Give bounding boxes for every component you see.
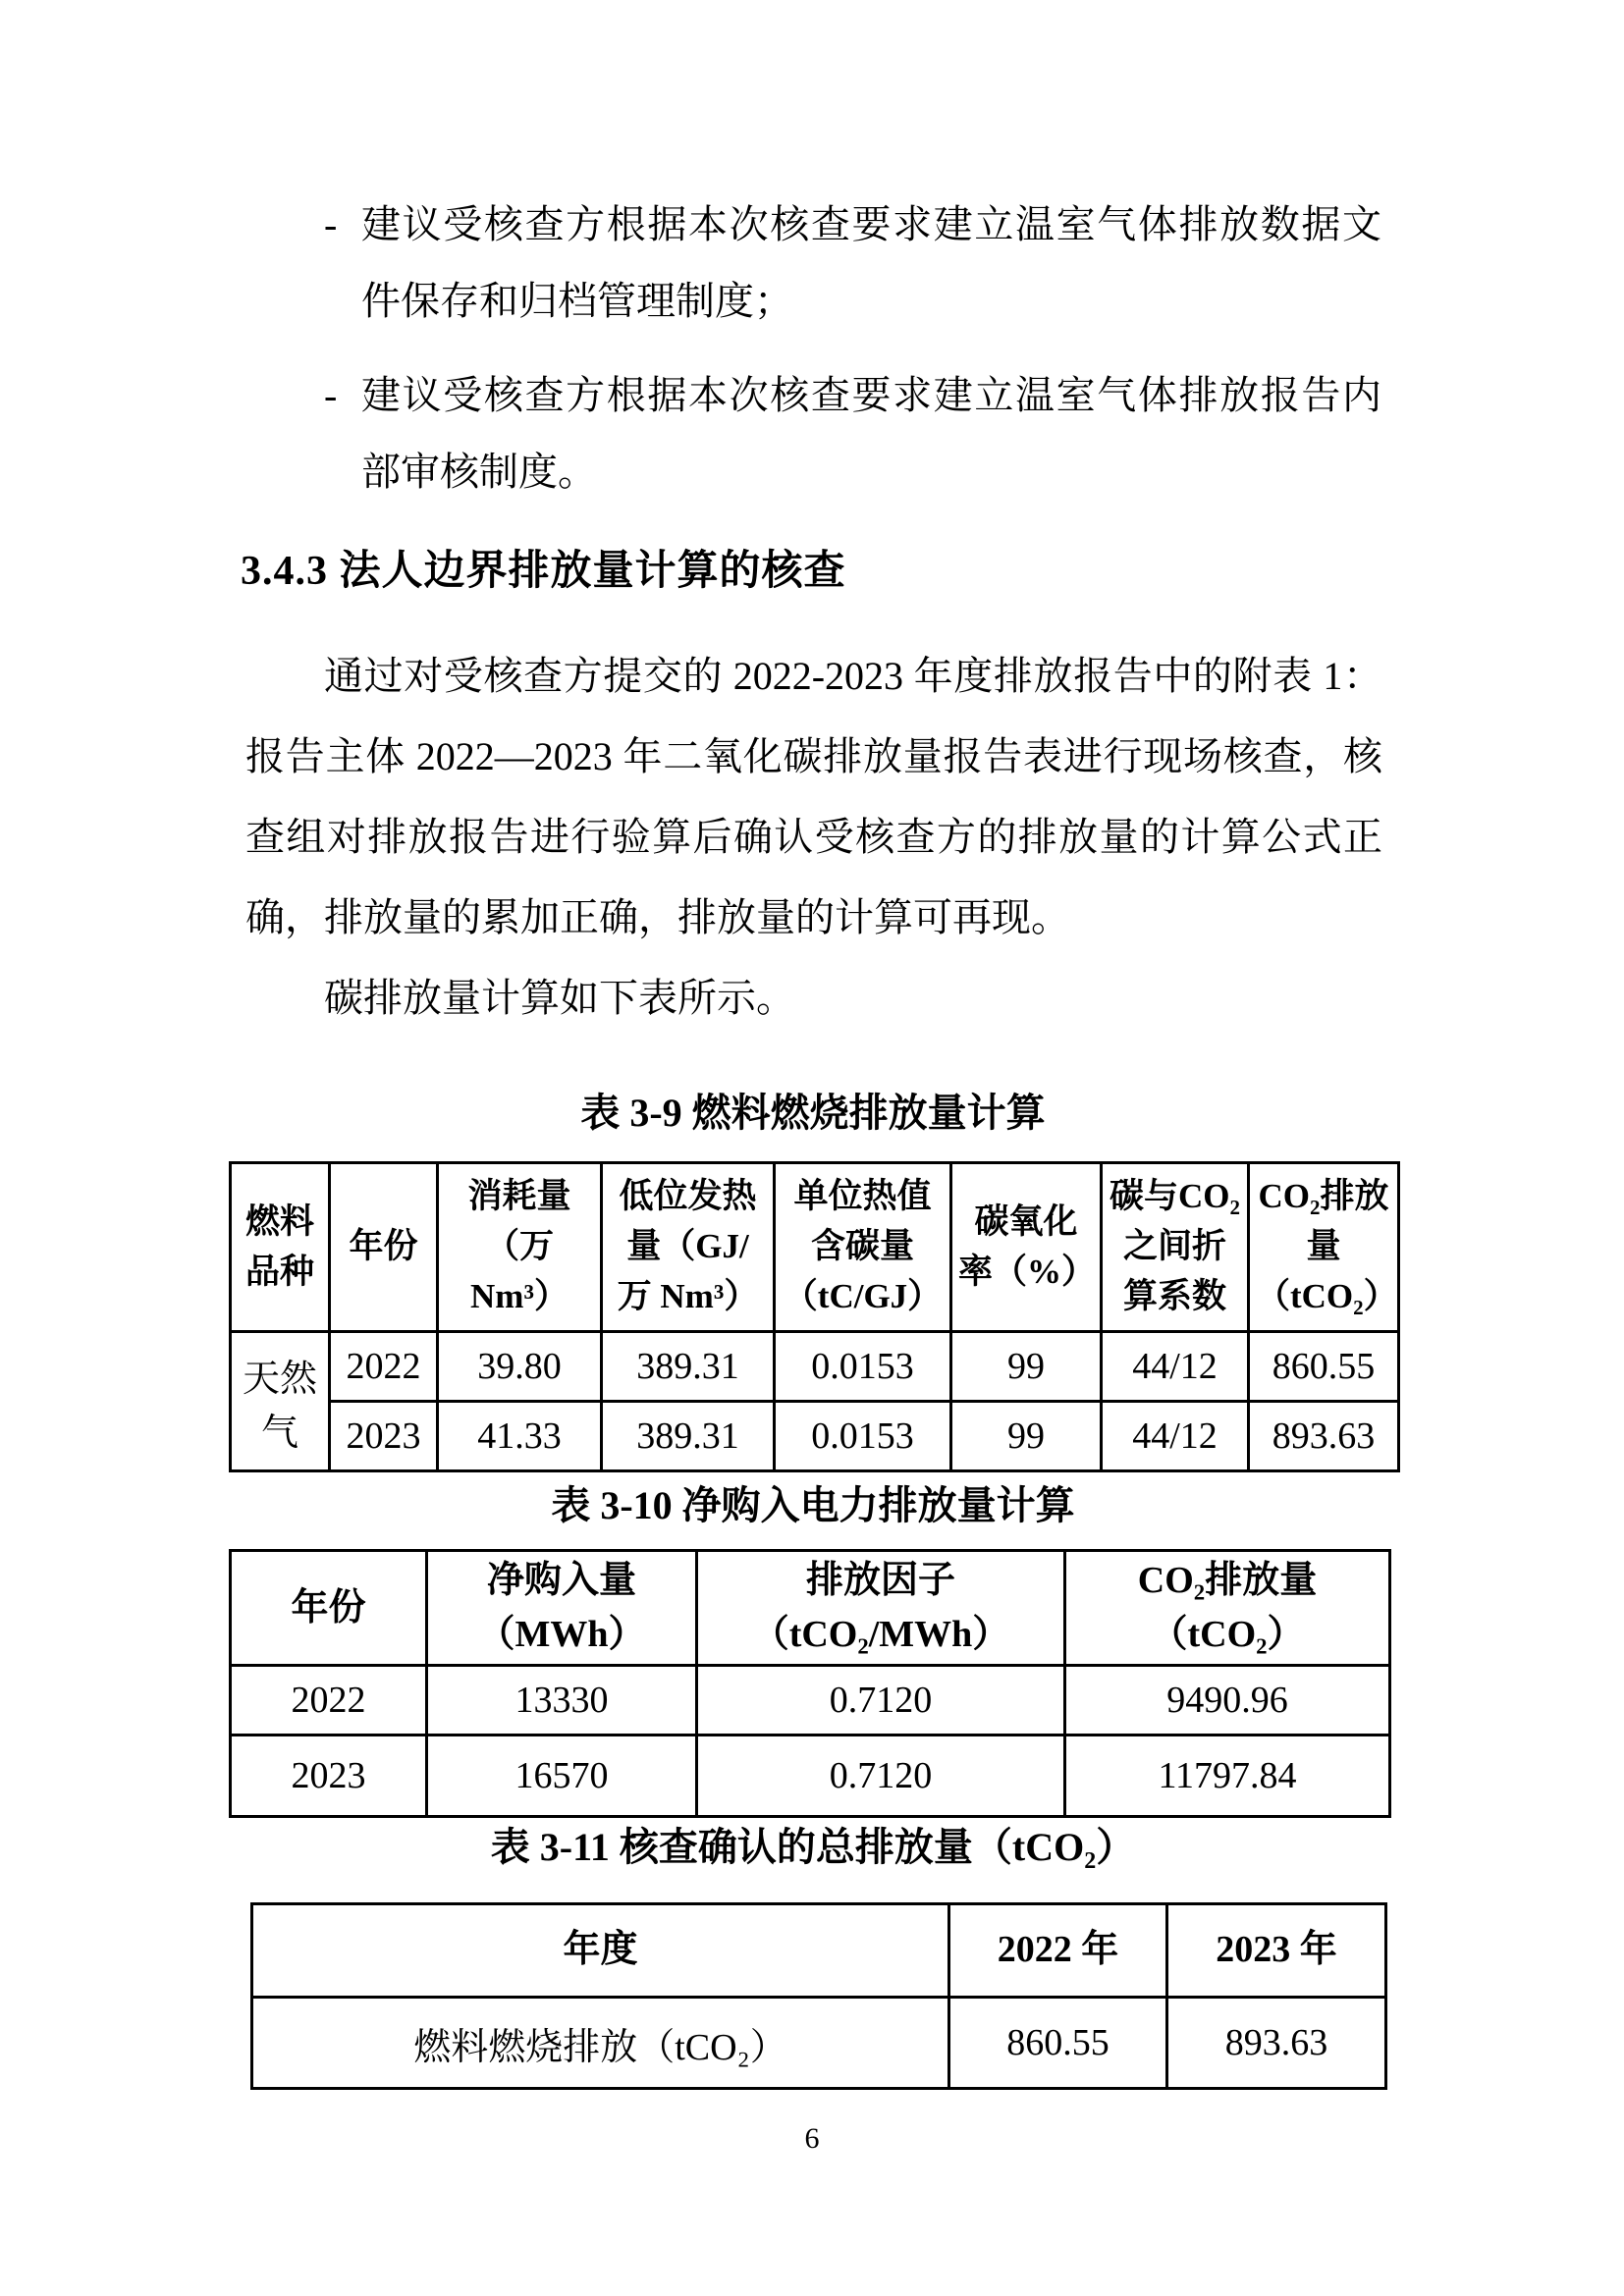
column-header: 低位发热量（GJ/ 万 Nm³） (602, 1163, 775, 1332)
column-header: 年份 (330, 1163, 438, 1332)
bullet-dash: - (324, 357, 361, 510)
bullet-item: - 建议受核查方根据本次核查要求建立温室气体排放数据文件保存和归档管理制度； (324, 187, 1381, 340)
table-3-9-fuel-combustion: 燃料品种 年份 消耗量（万 Nm³） 低位发热量（GJ/ 万 Nm³） 单位热值… (229, 1161, 1400, 1472)
column-header: 年份 (231, 1551, 427, 1666)
table-header-row: 年份 净购入量（MWh） 排放因子（tCO₂/MWh） CO₂排放量（tCO₂） (231, 1551, 1390, 1666)
column-header: 排放因子（tCO₂/MWh） (697, 1551, 1065, 1666)
column-header: CO₂排放量（tCO₂） (1249, 1163, 1399, 1332)
bullet-text: 建议受核查方根据本次核查要求建立温室气体排放报告内部审核制度。 (361, 357, 1381, 510)
table-cell: 9490.96 (1065, 1666, 1390, 1735)
table-cell: 2023 (231, 1735, 427, 1817)
table-cell: 41.33 (438, 1402, 602, 1471)
table-cell: 0.7120 (697, 1666, 1065, 1735)
bullet-dash: - (324, 187, 361, 340)
column-header: CO₂排放量（tCO₂） (1065, 1551, 1390, 1666)
table-cell: 389.31 (602, 1402, 775, 1471)
table-3-10-title: 表 3-10 净购入电力排放量计算 (229, 1474, 1397, 1530)
table-cell: 39.80 (438, 1332, 602, 1402)
body-paragraph: 碳排放量计算如下表所示。 (245, 958, 1382, 1039)
table-cell: 2022 (231, 1666, 427, 1735)
table-cell: 2023 (330, 1402, 438, 1471)
column-header: 年度 (252, 1904, 949, 1998)
table-cell: 11797.84 (1065, 1735, 1390, 1817)
column-header: 消耗量（万 Nm³） (438, 1163, 602, 1332)
table-row: 2022 13330 0.7120 9490.96 (231, 1666, 1390, 1735)
table-3-10-purchased-electricity: 年份 净购入量（MWh） 排放因子（tCO₂/MWh） CO₂排放量（tCO₂）… (229, 1549, 1391, 1818)
page-number: 6 (0, 2122, 1624, 2156)
table-cell: 13330 (427, 1666, 697, 1735)
table-cell: 44/12 (1102, 1402, 1249, 1471)
column-header: 单位热值含碳量（tC/GJ） (775, 1163, 951, 1332)
column-header: 碳与CO₂之间折算系数 (1102, 1163, 1249, 1332)
table-3-11-title: 表 3-11 核查确认的总排放量（tCO₂） (229, 1816, 1397, 1872)
table-3-11-total-emissions: 年度 2022 年 2023 年 燃料燃烧排放（tCO₂） 860.55 893… (250, 1902, 1387, 2090)
section-heading: 3.4.3 法人边界排放量计算的核查 (241, 538, 846, 597)
table-cell: 860.55 (949, 1998, 1167, 2089)
column-header: 净购入量（MWh） (427, 1551, 697, 1666)
table-cell: 99 (951, 1402, 1102, 1471)
table-header-row: 年度 2022 年 2023 年 (252, 1904, 1386, 1998)
table-cell: 893.63 (1167, 1998, 1386, 2089)
bullet-text: 建议受核查方根据本次核查要求建立温室气体排放数据文件保存和归档管理制度； (361, 187, 1381, 340)
table-3-9-title: 表 3-9 燃料燃烧排放量计算 (229, 1082, 1397, 1138)
column-header: 2022 年 (949, 1904, 1167, 1998)
column-header: 燃料品种 (231, 1163, 330, 1332)
table-cell: 99 (951, 1332, 1102, 1402)
table-cell: 389.31 (602, 1332, 775, 1402)
table-cell: 0.0153 (775, 1332, 951, 1402)
bullet-item: - 建议受核查方根据本次核查要求建立温室气体排放报告内部审核制度。 (324, 357, 1381, 510)
document-page: - 建议受核查方根据本次核查要求建立温室气体排放数据文件保存和归档管理制度； -… (0, 0, 1624, 2296)
table-cell: 44/12 (1102, 1332, 1249, 1402)
table-cell: 16570 (427, 1735, 697, 1817)
table-cell: 燃料燃烧排放（tCO₂） (252, 1998, 949, 2089)
table-cell: 2022 (330, 1332, 438, 1402)
table-row: 2023 16570 0.7120 11797.84 (231, 1735, 1390, 1817)
column-header: 2023 年 (1167, 1904, 1386, 1998)
table-row: 燃料燃烧排放（tCO₂） 860.55 893.63 (252, 1998, 1386, 2089)
table-row: 2023 41.33 389.31 0.0153 99 44/12 893.63 (231, 1402, 1399, 1471)
table-row: 天然气 2022 39.80 389.31 0.0153 99 44/12 86… (231, 1332, 1399, 1402)
table-header-row: 燃料品种 年份 消耗量（万 Nm³） 低位发热量（GJ/ 万 Nm³） 单位热值… (231, 1163, 1399, 1332)
body-paragraph: 通过对受核查方提交的 2022-2023 年度排放报告中的附表 1：报告主体 2… (245, 636, 1382, 958)
table-cell: 860.55 (1249, 1332, 1399, 1402)
table-cell: 0.7120 (697, 1735, 1065, 1817)
table-cell: 893.63 (1249, 1402, 1399, 1471)
fuel-type-cell: 天然气 (231, 1332, 330, 1471)
column-header: 碳氧化率（%） (951, 1163, 1102, 1332)
table-cell: 0.0153 (775, 1402, 951, 1471)
